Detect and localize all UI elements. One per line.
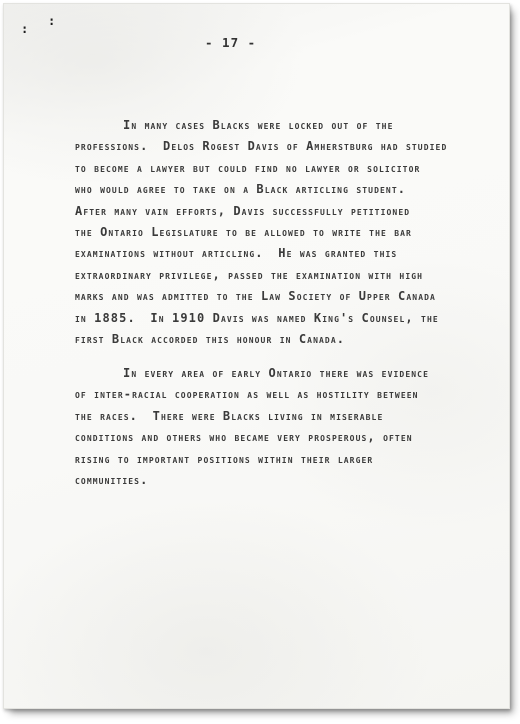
text-line: conditions and others who became very pr… [75,427,485,448]
paragraph-1: In many cases Blacks were locked out of … [75,115,485,350]
text-line: of inter-racial cooperation as well as h… [75,384,485,405]
text-line: extraordinary privilege, passed the exam… [75,265,485,286]
paragraph-2: In every area of early Ontario there was… [75,363,485,491]
scanned-page: : : - 17 - In many cases Blacks were loc… [3,3,510,709]
scan-artifact-mark-right: : [48,15,55,27]
text-line: communities. [75,470,485,491]
text-line: first Black accorded this honour in Cana… [75,329,485,350]
text-line: the Ontario Legislature to be allowed to… [75,222,485,243]
text-line: In many cases Blacks were locked out of … [75,115,485,136]
text-line: marks and was admitted to the Law Societ… [75,286,485,307]
scan-artifact-mark-left: : [21,23,28,35]
text-line: who would agree to take on a Black artic… [75,179,485,200]
text-line: professions. Delos Rogest Davis of Amher… [75,136,485,157]
scan-backdrop: : : - 17 - In many cases Blacks were loc… [0,0,520,724]
text-line: rising to important positions within the… [75,449,485,470]
text-line: the races. There were Blacks living in m… [75,406,485,427]
page-number: - 17 - [205,35,256,50]
text-line: in 1885. In 1910 Davis was named King's … [75,308,485,329]
text-line: to become a lawyer but could find no law… [75,158,485,179]
text-line: After many vain efforts, Davis successfu… [75,201,485,222]
text-line: examinations without articling. He was g… [75,243,485,264]
text-line: In every area of early Ontario there was… [75,363,485,384]
